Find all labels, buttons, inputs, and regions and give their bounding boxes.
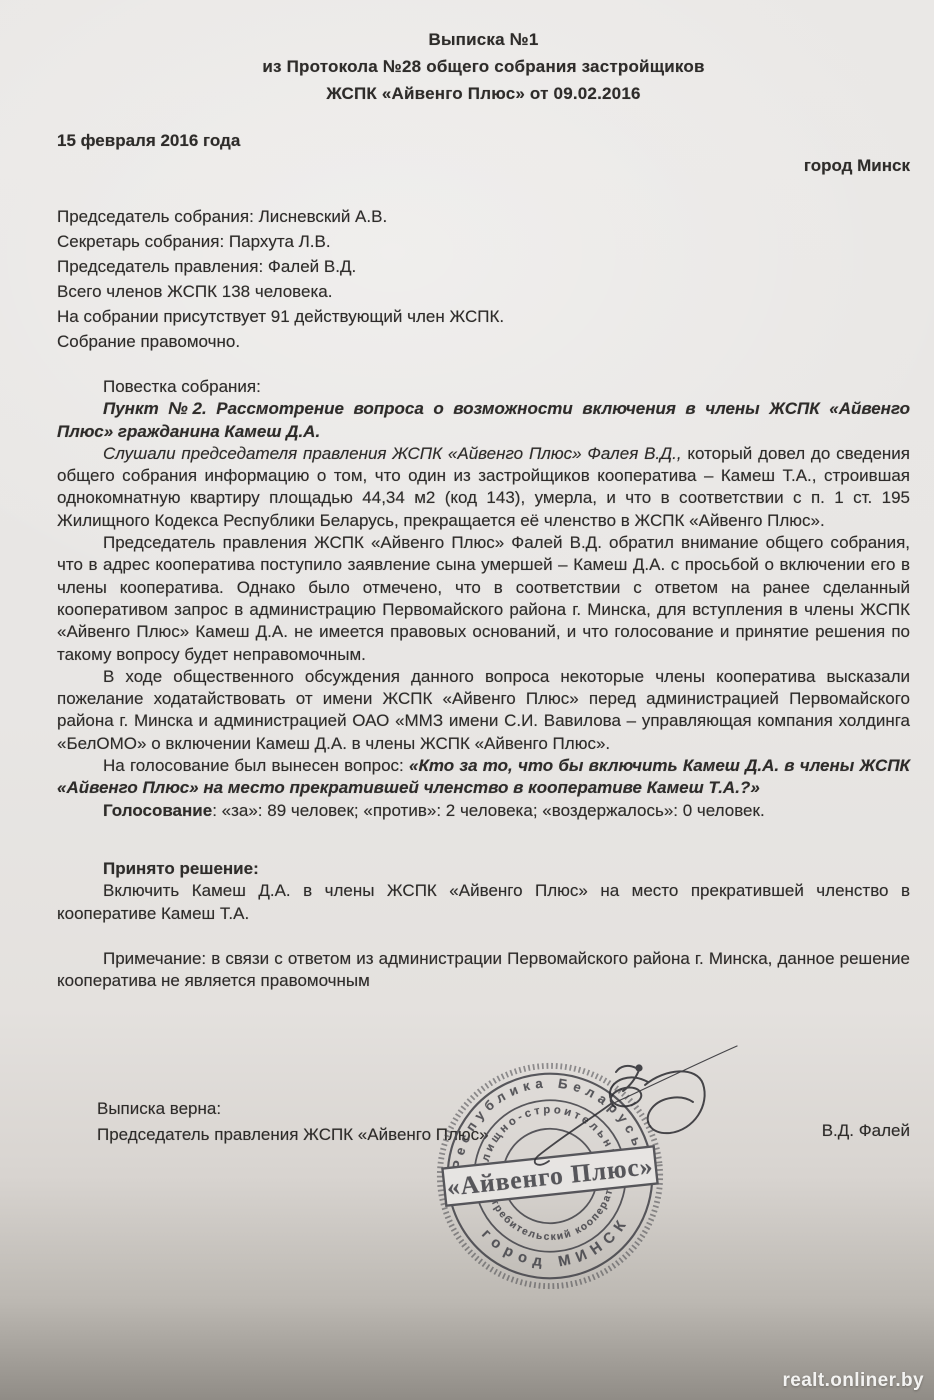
signature-blob-hook	[616, 1066, 639, 1091]
document-city: город Минск	[804, 156, 910, 176]
document-body: Повестка собрания: Пункт №2. Рассмотрени…	[57, 376, 910, 822]
svg-text:потребительский кооператив: потребительский кооператив	[484, 1172, 624, 1250]
signature-ink-blob	[635, 1064, 642, 1071]
document-date: 15 февраля 2016 года	[57, 131, 240, 151]
signature-thin-stroke	[614, 1046, 737, 1103]
title-line-2: из Протокола №28 общего собрания застрой…	[57, 53, 910, 80]
official-line-secretary: Секретарь собрания: Пархута Л.В.	[57, 229, 910, 254]
note-text: Примечание: в связи с ответом из админис…	[57, 948, 910, 993]
officials-list: Председатель собрания: Лисневский А.В. С…	[57, 204, 910, 354]
official-line-present-members: На собрании присутствует 91 действующий …	[57, 304, 910, 329]
official-stamp: Республика Беларусь город МИНСК Жилищно-…	[420, 1046, 679, 1305]
stamp-ring-outer-bottom-text: город МИНСК	[477, 1211, 637, 1278]
vote-label: Голосование	[103, 801, 212, 820]
official-line-chairman: Председатель собрания: Лисневский А.В.	[57, 204, 910, 229]
agenda-item: Пункт №2. Рассмотрение вопроса о возможн…	[57, 398, 910, 443]
note-section: Примечание: в связи с ответом из админис…	[57, 948, 910, 993]
title-line-3: ЖСПК «Айвенго Плюс» от 09.02.2016	[57, 80, 910, 107]
signer-name: В.Д. Фалей	[822, 1118, 910, 1148]
stamp-center-text: «Айвенго Плюс»	[445, 1151, 654, 1202]
extract-correct-line: Выписка верна:	[97, 1096, 489, 1122]
signature-left-column: Выписка верна: Председатель правления ЖС…	[97, 1096, 489, 1148]
paragraph-discussion: В ходе общественного обсуждения данного …	[57, 666, 910, 755]
title-line-1: Выписка №1	[57, 26, 910, 53]
official-line-board-chairman: Председатель правления: Фалей В.Д.	[57, 254, 910, 279]
decision-section: Принято решение: Включить Камеш Д.А. в ч…	[57, 858, 910, 925]
stamp-center-banner: «Айвенго Плюс»	[442, 1146, 657, 1205]
svg-text:город МИНСК: город МИНСК	[477, 1211, 637, 1278]
stamp-graphic: Республика Беларусь город МИНСК Жилищно-…	[420, 1046, 679, 1305]
paragraph-question: На голосование был вынесен вопрос: «Кто …	[57, 755, 910, 800]
decision-label: Принято решение:	[57, 858, 910, 880]
stamp-outer-dotted-ring	[429, 1055, 671, 1297]
signer-title-line: Председатель правления ЖСПК «Айвенго Плю…	[97, 1122, 489, 1148]
paragraph-heard-lead: Слушали председателя правления ЖСПК «Айв…	[103, 444, 682, 463]
agenda-label: Повестка собрания:	[57, 376, 910, 398]
vote-results-line: Голосование: «за»: 89 человек; «против»:…	[57, 800, 910, 822]
decision-text: Включить Камеш Д.А. в члены ЖСПК «Айвенг…	[57, 880, 910, 925]
paragraph-statement: Председатель правления ЖСПК «Айвенго Плю…	[57, 532, 910, 666]
question-lead: На голосование был вынесен вопрос:	[103, 756, 409, 775]
paragraph-heard: Слушали председателя правления ЖСПК «Айв…	[57, 443, 910, 532]
document-page: Выписка №1 из Протокола №28 общего собра…	[0, 0, 934, 1400]
watermark-text: realt.onliner.by	[782, 1370, 924, 1392]
official-line-quorum: Собрание правомочно.	[57, 329, 910, 354]
signature-section: Выписка верна: Председатель правления ЖС…	[57, 1096, 910, 1148]
stamp-ring-inner-bottom-text: потребительский кооператив	[484, 1172, 624, 1250]
vote-results: : «за»: 89 человек; «против»: 2 человека…	[212, 801, 764, 820]
document-title: Выписка №1 из Протокола №28 общего собра…	[57, 26, 910, 107]
official-line-total-members: Всего членов ЖСПК 138 человека.	[57, 279, 910, 304]
date-city-row: 15 февраля 2016 года город Минск	[57, 131, 910, 176]
